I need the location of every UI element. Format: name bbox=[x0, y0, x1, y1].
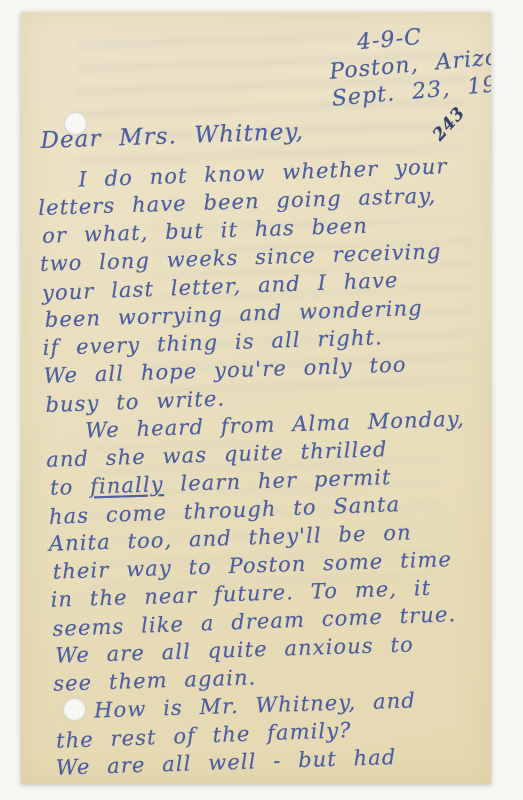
letter-page: 4-9-C Poston, Arizona Sept. 23, 1942 243… bbox=[21, 12, 491, 784]
scan-background: 4-9-C Poston, Arizona Sept. 23, 1942 243… bbox=[0, 0, 523, 800]
letter-body: I do not know whether yourletters have b… bbox=[37, 152, 491, 782]
underlined-word: finally bbox=[90, 472, 164, 498]
address-date-block: 4-9-C Poston, Arizona Sept. 23, 1942 bbox=[326, 15, 491, 113]
